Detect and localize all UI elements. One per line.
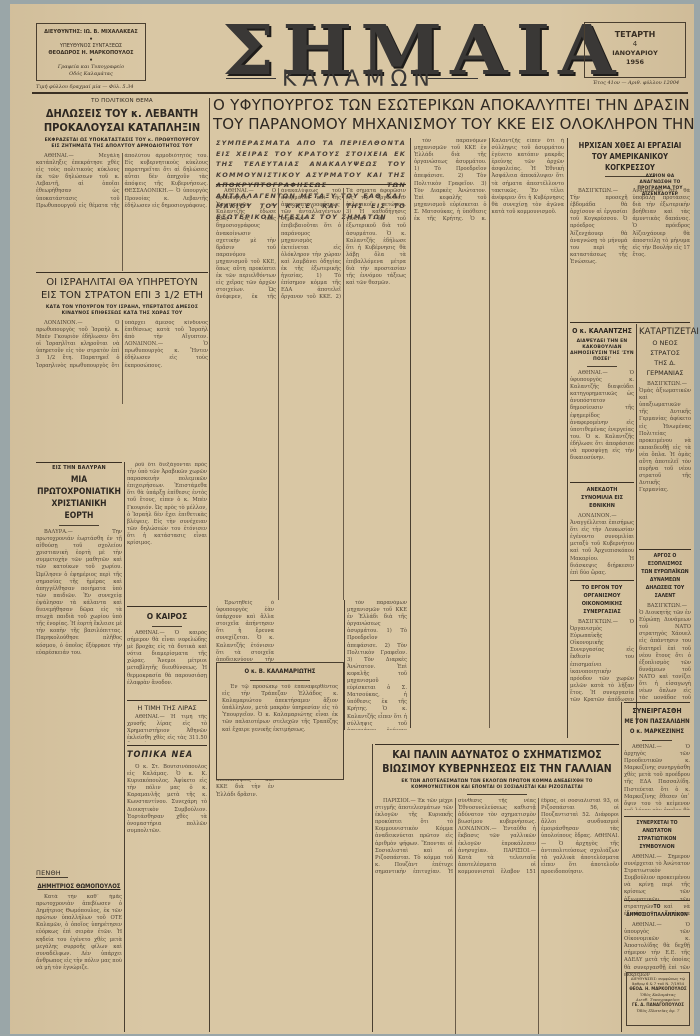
divider: [127, 606, 207, 607]
divider: [375, 744, 619, 745]
congress-headline-2: ΤΟΥ ΑΜΕΡΙΚΑΝΙΚΟΥ ΚΟΓΚΡΕΣΣΟΥ: [570, 151, 690, 173]
markezinis-body: ΑΘΗΝΑΙ.— Ὁ ἀρχηγὸς τῶν Προοδευτικῶν κ. Μ…: [624, 744, 690, 810]
oeec-body: ΒΑΣΙΓΚΤΩΝ.— Ὁ Ὀργανισμὸς Εὐρωπαϊκῆς Οἰκο…: [570, 619, 634, 703]
anekdoti-headline-2: ΣΥΝΟΜΙΛΙΑ ΕΙΣ ΕΘΝΙΚΗΝ: [570, 494, 634, 510]
divider: [570, 580, 634, 581]
divider: [59, 525, 99, 526]
kalamariotis-headline: Ο κ. Β. ΚΑΛΑΜΑΡΙΩΤΗΣ: [217, 667, 343, 677]
political-deck: ΕΚΦΡΑΖΕΤΑΙ ΩΣ ΥΠΟΚΑΤΑΣΤΑΣΙΣ ΤΟΥ κ. ΠΡΩΘΥ…: [40, 138, 204, 150]
masthead-divider: [32, 92, 688, 94]
office-line1: Γραφεία και Τυπογραφείο: [37, 64, 145, 71]
newspaper-page: ΔΙΕΥΘΥΝΤΗΣ: ΙΩ. Β. ΜΙΧΑΛΑΚΕΑΣ • ΥΠΕΥΘΥΝΟ…: [10, 4, 694, 1034]
lead-body-text: ΑΘΗΝΑΙ.— Ο ὑφυπουργὸς Ἐσωτερικῶν κ. Καλα…: [216, 188, 406, 302]
public-employees-headline: ΤΟ ΔΗΜΟΣΙΟΫΠΑΛΛΗΛΙΚΟΝ: [624, 903, 690, 919]
germany-body: ΒΑΣΙΓΚΤΩΝ.— Ὁμὰς ἀξιωματικῶν καὶ ὑπαξιωμ…: [639, 381, 691, 495]
weather-headline: Ο ΚΑΙΡΟΣ: [127, 611, 207, 623]
political-headline-1: ΔΗΛΩΣΕΙΣ ΤΟΥ κ. ΛΕΒΑΝΤΗ: [36, 107, 208, 121]
bullet-icon: •: [37, 57, 145, 64]
kalantzis-headline: Ο κ. ΚΑΛΑΝΤΖΗΣ: [570, 326, 634, 337]
center-left-column: ῥοῦ ὅτι διεξάγονται πρὸς τὴν ὑπὸ τῶν Ἀρα…: [127, 462, 207, 944]
price-line: Τιμή φύλλου δραχμαί μία — Φύλ. 5.34: [36, 84, 156, 91]
public-employees-body: ΑΘΗΝΑΙ.— Ὁ ὑπουργὸς τῶν Οἰκονομικῶν κ. Ἀ…: [624, 922, 690, 978]
date-month: ΙΑΝΟΥΑΡΙΟΥ: [585, 49, 685, 58]
israel-deck: ΚΑΤΑ ΤΟΝ ΥΠΟΥΡΓΟΝ ΤΟΥ ΙΣΡΑΗΛ, ΥΠΕΡΤΑΤΟΣ …: [38, 305, 206, 317]
issue-line: Έτος 41ον — Αριθ. φύλλου 12004: [584, 80, 688, 87]
divider: [36, 462, 122, 463]
lead-body: ΑΘΗΝΑΙ.— Ο ὑφυπουργὸς Ἐσωτερικῶν κ. Καλα…: [216, 188, 406, 600]
divider: [36, 272, 208, 273]
local-news-headline: ΤΟΠΙΚΑ ΝΕΑ: [127, 748, 207, 762]
imprint-box: ΔΙΕΥΘΥΝΣΕΙΣ: συμφώνως τῷ ἄρθρῳ 6 & 7 τοῦ…: [626, 972, 690, 1026]
france-body: ΠΑΡΙΣΙΟΙ.— Ἐκ τῶν μέχρι στιγμῆς ἀποτελεσ…: [375, 798, 619, 876]
imprint-line1: ΔΙΕΥΘΥΝΣΕΙΣ: συμφώνως τῷ ἄρθρῳ 6 & 7 τοῦ…: [627, 976, 689, 986]
column-divider: [567, 138, 568, 738]
military-council-headline-2: ΣΤΡΑΤΙΩΤΙΚΟΝ ΣΥΜΒΟΥΛΙΟΝ: [624, 835, 690, 851]
obituary-headline: ΔΗΜΗΤΡΙΟΣ ΘΩΜΟΠΟΥΛΟΣ: [36, 882, 122, 892]
pound-headline: Η ΤΙΜΗ ΤΗΣ ΛΙΡΑΣ: [127, 703, 207, 714]
valyra-body: ΒΑΛΥΡΑ.— Τὴν πρωτοχρονιάν ἑωρτάσθη ἐν τῇ…: [36, 529, 122, 657]
valyra-headline-1: ΜΙΑ ΠΡΩΤΟΧΡΟΝΙΑΤΙΚΗ: [36, 474, 122, 498]
masthead-rule-right: [428, 78, 478, 79]
anekdoti-headline-1: ΑΝΕΚΔΟΤΗ: [570, 486, 634, 494]
divider: [152, 626, 182, 627]
divider: [587, 366, 617, 367]
congress-headline-1: ΗΡΧΙΣΑΝ ΧΘΕΣ ΑΙ ΕΡΓΑΣΙΑΙ: [570, 140, 690, 151]
lead-headline-2: ΤΟΥ ΠΑΡΑΝΟΜΟΥ ΜΗΧΑΝΙΣΜΟΥ ΤΟΥ ΚΚΕ ΕΙΣ ΟΛΟ…: [213, 115, 689, 134]
nato-headline-3: ΔΗΛΩΣΕΙΣ ΤΟΥ ΣΑΛΕΝΤ: [639, 584, 691, 600]
congress-body: ΒΑΣΙΓΚΤΩΝ.— Τὴν προσεχῆ ἑβδομάδα θὰ ἀρχί…: [570, 188, 690, 298]
divider: [127, 700, 207, 701]
center-right-continued-text: τὸν παρανόμων μηχανισμῶν τοῦ ΚΚΕ ἐν Ἑλλά…: [347, 600, 407, 730]
imprint-line6: Ὁδὸς Πλατεῖας ἀρ. 7: [627, 1008, 689, 1013]
congress-body-text: ΒΑΣΙΓΚΤΩΝ.— Τὴν προσεχῆ ἑβδομάδα θὰ ἀρχί…: [570, 188, 690, 266]
center-right-continued: τὸν παρανόμων μηχανισμῶν τοῦ ΚΚΕ ἐν Ἑλλά…: [347, 600, 407, 730]
editor-name: ΘΕΟΔΩΡΟΣ Η. ΜΑΡΚΟΠΟΥΛΟΣ: [37, 50, 145, 57]
divider: [570, 322, 690, 323]
nato-story: ΑΡΓΟΣ Ο ΕΞΟΠΛΙΣΜΟΣ ΤΩΝ ΕΥΡΩΠΑΪΚΩΝ ΔΥΝΑΜΕ…: [639, 552, 691, 699]
military-council-story: ΣΥΝΕΡΧΕΤΑΙ ΤΟ ΑΝΩΤΑΤΟΝ ΣΤΡΑΤΙΩΤΙΚΟΝ ΣΥΜΒ…: [624, 819, 690, 916]
divider: [127, 745, 207, 746]
germany-headline-2: Ο ΝΕΟΣ ΣΤΡΑΤΟΣ: [639, 338, 691, 358]
divider: [642, 740, 672, 741]
masthead-rule-left: [226, 78, 276, 79]
obituary-kicker: ΠΕΝΘΗ: [36, 870, 68, 878]
column-divider: [636, 324, 637, 724]
publisher-label: ΔΙΕΥΘΥΝΤΗΣ: ΙΩ. Β. ΜΙΧΑΛΑΚΕΑΣ: [37, 29, 145, 36]
markezinis-headline-3: Ο κ. ΜΑΡΚΕΖΙΝΗΣ: [624, 727, 690, 737]
divider: [624, 900, 690, 901]
nato-headline-2: ΤΩΝ ΕΥΡΩΠΑΪΚΩΝ ΔΥΝΑΜΕΩΝ: [639, 568, 691, 584]
column-divider: [209, 98, 210, 1032]
oeec-headline-2: ΟΙΚΟΝΟΜΙΚΗΣ ΣΥΝΕΡΓΑΣΙΑΣ: [570, 600, 634, 616]
weather-body: ΑΘΗΝΑΙ.— Ὁ καιρὸς σήμερον θὰ εἶναι νεφελ…: [127, 630, 207, 687]
column-divider: [621, 702, 622, 1032]
france-deck: ΕΚ ΤΩΝ ΑΠΟΤΕΛΕΣΜΑΤΩΝ ΤΩΝ ΕΚΛΟΓΩΝ ΠΡΩΤΟΝ …: [391, 779, 603, 791]
political-body: ΑΘΗΝΑΙ.— Μεγάλη κατάπληξις ἐπεκράτησε χθ…: [36, 153, 208, 210]
kalantzis-body: ΑΘΗΝΑΙ.— Ὁ ὑφυπουργὸς κ. Καλαντζῆς διαψε…: [570, 370, 634, 462]
anekdoti-body: ΛΟΝΔΙΝΟΝ.— Ἀναγγέλλεται ἐπισήμως ὅτι εἰς…: [570, 513, 634, 577]
germany-story: ΚΑΤΑΡΤΙΖΕΤΑΙ Ο ΝΕΟΣ ΣΤΡΑΤΟΣ ΤΗΣ Δ. ΓΕΡΜΑ…: [639, 326, 691, 509]
oeec-story: ΤΟ ΕΡΓΟΝ ΤΟΥ ΟΡΓΑΝΙΣΜΟΥ ΟΙΚΟΝΟΜΙΚΗΣ ΣΥΝΕ…: [570, 584, 634, 703]
military-council-headline-1: ΣΥΝΕΡΧΕΤΑΙ ΤΟ ΑΝΩΤΑΤΟΝ: [624, 819, 690, 835]
valyra-headline-2: ΧΡΙΣΤΙΑΝΙΚΗ ΕΟΡΤΗ: [36, 498, 122, 522]
kalantzis-story: Ο κ. ΚΑΛΑΝΤΖΗΣ ΔΙΑΨΕΥΔΕΙ ΤΗΝ ΕΝ ΚΑΚΟΒΟΥΛ…: [570, 326, 634, 472]
divider: [216, 184, 406, 185]
divider: [250, 680, 310, 681]
divider: [624, 702, 690, 703]
markezinis-story: ΣΥΝΕΙΡΓΑΣΘΗ ΜΕ ΤΟΝ ΠΑΣΣΑΛΙΔΗΝ Ο κ. ΜΑΡΚΕ…: [624, 706, 690, 810]
nato-headline-1: ΑΡΓΟΣ Ο ΕΞΟΠΛΙΣΜΟΣ: [639, 552, 691, 568]
kalamariotis-box: Ο κ. Β. ΚΑΛΑΜΑΡΙΩΤΗΣ Ἐν τῷ προσώπῳ τοῦ ἐ…: [216, 662, 344, 780]
publisher-box: ΔΙΕΥΘΥΝΤΗΣ: ΙΩ. Β. ΜΙΧΑΛΑΚΕΑΣ • ΥΠΕΥΘΥΝΟ…: [36, 23, 146, 81]
editor-label: ΥΠΕΥΘΥΝΟΣ ΣΥΝΤΑΞΕΩΣ: [37, 43, 145, 50]
bullet-icon: •: [37, 36, 145, 43]
column-divider: [124, 462, 125, 1032]
divider: [624, 816, 690, 817]
markezinis-headline-2: ΜΕ ΤΟΝ ΠΑΣΣΑΛΙΔΗΝ: [624, 717, 690, 727]
kalantzis-deck: ΔΙΑΨΕΥΔΕΙ ΤΗΝ ΕΝ ΚΑΚΟΒΟΥΛΙΑΝ ΔΗΜΟΣΙΕΥΣΙΝ…: [570, 339, 634, 363]
political-headline-2: ΠΡΟΚΑΛΟΥΣΑΙ ΚΑΤΑΠΛΗΞΙΝ: [36, 121, 208, 135]
nato-body: ΒΑΣΙΓΚΤΩΝ.— Ὁ Διοικητὴς τῶν ἐν Εὐρώπῃ Δυ…: [639, 603, 691, 699]
public-employees-story: ΤΟ ΔΗΜΟΣΙΟΫΠΑΛΛΗΛΙΚΟΝ ΑΘΗΝΑΙ.— Ὁ ὑπουργὸ…: [624, 903, 690, 978]
kalamariotis-body: Ἐν τῷ προσώπῳ τοῦ ἐπαναφερθέντος εἰς τὴν…: [222, 684, 338, 734]
israel-story: ΟΙ ΙΣΡΑΗΛΙΤΑΙ ΘΑ ΥΠΗΡΕΤΟΥΝ ΕΙΣ ΤΟΝ ΣΤΡΑΤ…: [36, 276, 208, 404]
center-right-column: τὸν παρανόμων μηχανισμῶν τοῦ ΚΚΕ ἐν Ἑλλά…: [414, 138, 564, 728]
divider: [639, 549, 691, 550]
column-divider: [344, 600, 345, 730]
israel-headline-2: ΕΙΣ ΤΟΝ ΣΤΡΑΤΟΝ ΕΠΙ 3 1/2 ΕΤΗ: [36, 289, 208, 302]
anekdoti-story: ΑΝΕΚΔΟΤΗ ΣΥΝΟΜΙΛΙΑ ΕΙΣ ΕΘΝΙΚΗΝ ΛΟΝΔΙΝΟΝ.…: [570, 486, 634, 579]
column-divider: [372, 744, 373, 1032]
oeec-headline-1: ΤΟ ΕΡΓΟΝ ΤΟΥ ΟΡΓΑΝΙΣΜΟΥ: [570, 584, 634, 600]
local-news-body: Ὁ κ. Στ. Βουτσινόπουλος εἰς Καλάμας. Ὁ κ…: [127, 764, 207, 835]
israel-body: ΛΟΝΔΙΝΟΝ.— Ὁ πρωθυπουργὸς τοῦ Ἰσραὴλ κ. …: [36, 320, 208, 370]
center-right-body: τὸν παρανόμων μηχανισμῶν τοῦ ΚΚΕ ἐν Ἑλλά…: [414, 138, 564, 223]
date-box: ΤΕΤΑΡΤΗ 4 ΙΑΝΟΥΑΡΙΟΥ 1956: [584, 22, 686, 78]
lead-headline-1: Ο ΥΦΥΠΟΥΡΓΟΣ ΤΩΝ ΕΣΩΤΕΡΙΚΩΝ ΑΠΟΚΑΛΥΠΤΕΙ …: [213, 96, 689, 115]
lead-story: Ο ΥΦΥΠΟΥΡΓΟΣ ΤΩΝ ΕΣΩΤΕΡΙΚΩΝ ΑΠΟΚΑΛΥΠΤΕΙ …: [213, 96, 689, 134]
day-name: ΤΕΤΑΡΤΗ: [585, 30, 685, 40]
france-headline-2: ΒΙΩΣΙΜΟΥ ΚΥΒΕΡΝΗΣΕΩΣ ΕΙΣ ΤΗΝ ΓΑΛΛΙΑΝ: [375, 762, 619, 776]
political-story: ΤΟ ΠΟΛΙΤΙΚΟΝ ΘΕΜΑ ΔΗΛΩΣΕΙΣ ΤΟΥ κ. ΛΕΒΑΝΤ…: [36, 98, 208, 271]
date-year: 1956: [585, 58, 685, 67]
markezinis-headline-1: ΣΥΝΕΙΡΓΑΣΘΗ: [624, 706, 690, 717]
date-day: 4: [585, 40, 685, 49]
pound-body: ΑΘΗΝΑΙ.— Ἡ τιμὴ τῆς χρυσῆς λίρας εἰς τὸ …: [127, 714, 207, 742]
israel-headline-1: ΟΙ ΙΣΡΑΗΛΙΤΑΙ ΘΑ ΥΠΗΡΕΤΟΥΝ: [36, 276, 208, 289]
valyra-story: ΕΙΣ ΤΗΝ ΒΑΛΥΡΑΝ ΜΙΑ ΠΡΩΤΟΧΡΟΝΙΑΤΙΚΗ ΧΡΙΣ…: [36, 462, 122, 849]
office-line2: Οδός Καλαμάτας: [37, 71, 145, 78]
column-divider: [410, 138, 411, 728]
france-story: ΚΑΙ ΠΑΛΙΝ ΑΔΥΝΑΤΟΣ Ο ΣΧΗΜΑΤΙΣΜΟΣ ΒΙΩΣΙΜΟ…: [375, 748, 619, 1034]
obituary-body: Κατὰ τὴν καθ᾽ ἡμᾶς πρωτοχρονιὰν ἀπεβίωσε…: [36, 894, 122, 972]
germany-headline-3: ΤΗΣ Δ. ΓΕΡΜΑΝΙΑΣ: [639, 358, 691, 378]
valyra-kicker: ΕΙΣ ΤΗΝ ΒΑΛΥΡΑΝ: [36, 465, 122, 472]
divider: [467, 794, 527, 795]
obituary-story: ΠΕΝΘΗ ΔΗΜΗΤΡΙΟΣ ΘΩΜΟΠΟΥΛΟΣ Κατὰ τὴν καθ᾽…: [36, 870, 122, 1034]
germany-headline-1: ΚΑΤΑΡΤΙΖΕΤΑΙ: [639, 326, 691, 338]
divider: [570, 482, 634, 483]
israel-continued-body: ῥοῦ ὅτι διεξάγονται πρὸς τὴν ὑπὸ τῶν Ἀρα…: [127, 462, 207, 547]
france-headline-1: ΚΑΙ ΠΑΛΙΝ ΑΔΥΝΑΤΟΣ Ο ΣΧΗΜΑΤΙΣΜΟΣ: [375, 748, 619, 762]
masthead-subtitle: ΚΑΛΑΜΩΝ: [282, 67, 422, 92]
political-kicker: ΤΟ ΠΟΛΙΤΙΚΟΝ ΘΕΜΑ: [36, 98, 208, 105]
